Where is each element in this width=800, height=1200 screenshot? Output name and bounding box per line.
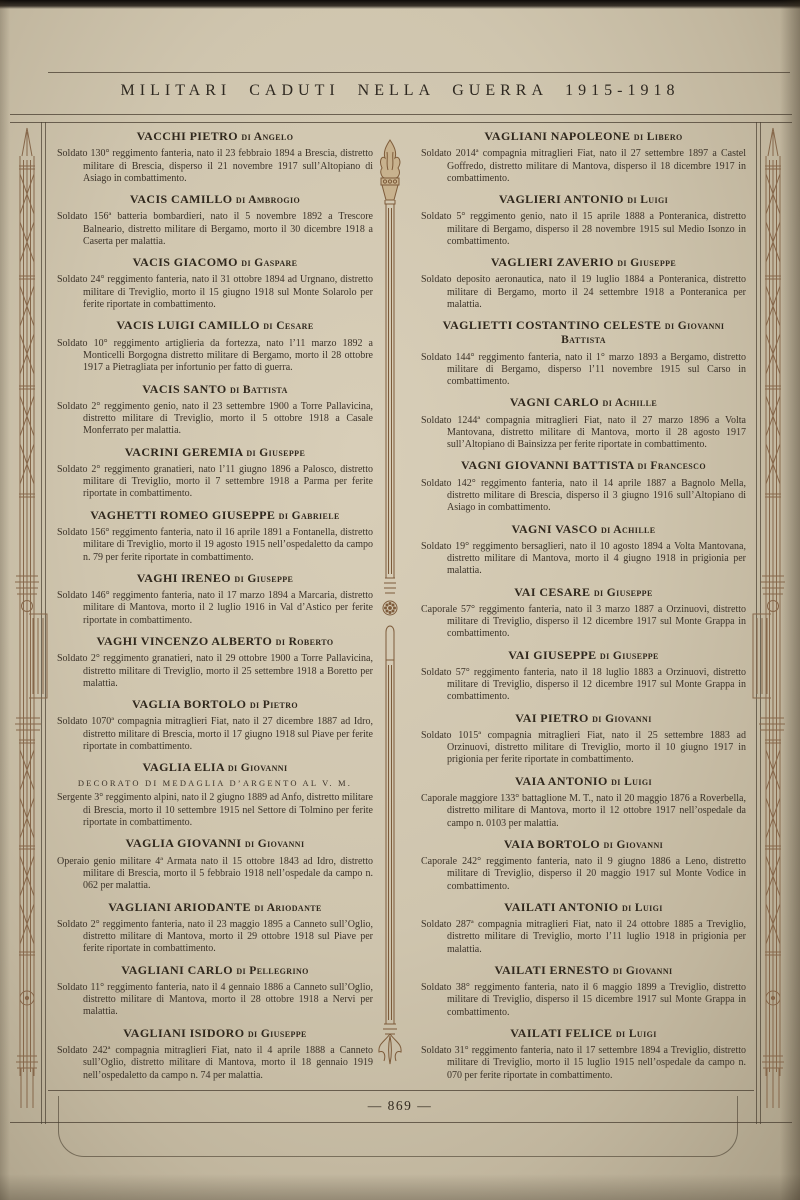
- soldier-name-heading: VAGLIERI ZAVERIO di Giuseppe: [421, 256, 746, 270]
- soldier-name-heading: VACIS GIACOMO di Gaspare: [57, 256, 373, 270]
- soldier-father-name: di Giuseppe: [246, 447, 305, 459]
- horizontal-rule: [48, 72, 790, 73]
- soldier-record: Soldato 10° reggimento artiglieria da fo…: [57, 338, 373, 375]
- soldier-name-heading: VAGLIANI ARIODANTE di Ariodante: [57, 901, 373, 915]
- soldier-father-name: di Giuseppe: [600, 650, 659, 662]
- soldier-father-name: di Achille: [603, 397, 658, 409]
- soldier-record: Caporale maggiore 133° battaglione M. T.…: [421, 793, 746, 830]
- soldier-name: VAI PIETRO: [515, 711, 588, 725]
- soldier-record: Soldato 11° reggimento fanteria, nato il…: [57, 982, 373, 1019]
- soldier-name-heading: VAGNI VASCO di Achille: [421, 523, 746, 537]
- soldier-entry: VACIS LUIGI CAMILLO di Cesare Soldato 10…: [57, 319, 373, 374]
- soldier-record: Soldato 156ª batteria bombardieri, nato …: [57, 211, 373, 248]
- soldier-name: VAI CESARE: [514, 585, 590, 599]
- soldier-record: Soldato 142° reggimento fanteria, nato i…: [421, 478, 746, 515]
- soldier-name-heading: VACIS SANTO di Battista: [57, 383, 373, 397]
- soldier-father-name: di Giovanni: [592, 713, 652, 725]
- soldier-record: Soldato 1070ª compagnia mitraglieri Fiat…: [57, 716, 373, 753]
- soldier-name-heading: VAGLIERI ANTONIO di Luigi: [421, 193, 746, 207]
- page-shadow-right: [780, 0, 800, 1200]
- soldier-name-heading: VAGHI IRENEO di Giuseppe: [57, 572, 373, 586]
- soldier-name: VACIS SANTO: [142, 382, 226, 396]
- soldier-name: VAGHI VINCENZO ALBERTO: [96, 634, 272, 648]
- soldier-name-heading: VAGLIANI CARLO di Pellegrino: [57, 964, 373, 978]
- soldier-record: Soldato 24° reggimento fanteria, nato il…: [57, 274, 373, 311]
- torch-icon: [376, 138, 404, 1086]
- soldier-name: VACCHI PIETRO: [137, 129, 238, 143]
- soldier-entry: VAIA BORTOLO di Giovanni Caporale 242° r…: [421, 838, 746, 893]
- page-shadow-bottom: [0, 1174, 800, 1200]
- horizontal-rule: [10, 122, 792, 123]
- soldier-father-name: di Angelo: [241, 131, 293, 143]
- soldier-record: Caporale 242° reggimento fanteria, nato …: [421, 856, 746, 893]
- soldier-father-name: di Luigi: [627, 194, 668, 206]
- soldier-name: VACIS LUIGI CAMILLO: [116, 318, 259, 332]
- soldier-father-name: di Ariodante: [254, 902, 321, 914]
- soldier-entry: VAGLIETTI COSTANTINO CELESTE di Giovanni…: [421, 319, 746, 388]
- horizontal-rule: [10, 114, 792, 115]
- soldier-entry: VACCHI PIETRO di Angelo Soldato 130° reg…: [57, 130, 373, 185]
- soldier-record: Soldato 146° reggimento fanteria, nato i…: [57, 590, 373, 627]
- soldier-name-heading: VAGNI GIOVANNI BATTISTA di Francesco: [421, 459, 746, 473]
- soldier-entry: VAGLIA BORTOLO di Pietro Soldato 1070ª c…: [57, 698, 373, 753]
- soldier-father-name: di Cesare: [263, 320, 313, 332]
- soldier-entry: VAILATI FELICE di Luigi Soldato 31° regg…: [421, 1027, 746, 1082]
- soldier-record: Operaio genio militare 4ª Armata nato il…: [57, 856, 373, 893]
- soldier-father-name: di Pietro: [250, 699, 298, 711]
- soldier-entry: VAGNI GIOVANNI BATTISTA di Francesco Sol…: [421, 459, 746, 514]
- soldier-record: Sergente 3° reggimento alpini, nato il 2…: [57, 792, 373, 829]
- soldier-entry: VAI CESARE di Giuseppe Caporale 57° regg…: [421, 586, 746, 641]
- soldier-entry: VAGLIANI ARIODANTE di Ariodante Soldato …: [57, 901, 373, 956]
- soldier-record: Soldato 19° reggimento bersaglieri, nato…: [421, 541, 746, 578]
- page-shadow-left: [0, 0, 10, 1200]
- soldier-record: Soldato 2014ª compagnia mitraglieri Fiat…: [421, 148, 746, 185]
- soldier-name: VAGNI CARLO: [510, 395, 599, 409]
- soldier-record: Soldato 57° reggimento fanteria, nato il…: [421, 667, 746, 704]
- soldier-name: VAGLIERI ZAVERIO: [491, 255, 614, 269]
- soldier-entry: VAGHETTI ROMEO GIUSEPPE di Gabriele Sold…: [57, 509, 373, 564]
- soldier-name: VAILATI FELICE: [510, 1026, 612, 1040]
- soldier-name-heading: VACIS CAMILLO di Ambrogio: [57, 193, 373, 207]
- soldier-name: VAILATI ANTONIO: [504, 900, 618, 914]
- soldier-name: VAGLIANI CARLO: [121, 963, 233, 977]
- soldier-entry: VACRINI GEREMIA di Giuseppe Soldato 2° r…: [57, 446, 373, 501]
- soldier-father-name: di Roberto: [276, 636, 334, 648]
- soldier-record: Soldato 130° reggimento fanteria, nato i…: [57, 148, 373, 185]
- soldier-entry: VAILATI ANTONIO di Luigi Soldato 287ª co…: [421, 901, 746, 956]
- soldier-entry: VAGLIA GIOVANNI di Giovanni Operaio geni…: [57, 837, 373, 892]
- soldier-entry: VAGHI IRENEO di Giuseppe Soldato 146° re…: [57, 572, 373, 627]
- soldier-entry: VAGNI VASCO di Achille Soldato 19° reggi…: [421, 523, 746, 578]
- soldier-name-heading: VAGLIA ELIA di Giovanni: [57, 761, 373, 775]
- soldier-entry: VACIS GIACOMO di Gaspare Soldato 24° reg…: [57, 256, 373, 311]
- scanned-book-page: MILITARI CADUTI NELLA GUERRA 1915-1918: [0, 0, 800, 1200]
- soldier-name-heading: VAGHETTI ROMEO GIUSEPPE di Gabriele: [57, 509, 373, 523]
- soldier-name-heading: VAILATI FELICE di Luigi: [421, 1027, 746, 1041]
- soldier-father-name: di Francesco: [637, 460, 706, 472]
- soldier-name: VAGLIANI ARIODANTE: [108, 900, 251, 914]
- soldier-record: Soldato 2° reggimento granatieri, nato i…: [57, 653, 373, 690]
- soldier-entry: VAILATI ERNESTO di Giovanni Soldato 38° …: [421, 964, 746, 1019]
- soldier-name-heading: VAGLIANI NAPOLEONE di Libero: [421, 130, 746, 144]
- soldier-entry: VACIS CAMILLO di Ambrogio Soldato 156ª b…: [57, 193, 373, 248]
- soldier-name-heading: VACCHI PIETRO di Angelo: [57, 130, 373, 144]
- scan-edge-shadow: [0, 0, 800, 9]
- soldier-father-name: di Giuseppe: [234, 573, 293, 585]
- page-title: MILITARI CADUTI NELLA GUERRA 1915-1918: [0, 82, 800, 100]
- soldier-name: VAGNI VASCO: [511, 522, 597, 536]
- soldier-record: Soldato 5° reggimento genio, nato il 15 …: [421, 211, 746, 248]
- soldier-name-heading: VAGLIANI ISIDORO di Giuseppe: [57, 1027, 373, 1041]
- soldier-name-heading: VAI GIUSEPPE di Giuseppe: [421, 649, 746, 663]
- soldier-father-name: di Giovanni: [604, 839, 664, 851]
- soldier-name-heading: VACIS LUIGI CAMILLO di Cesare: [57, 319, 373, 333]
- soldier-name-heading: VACRINI GEREMIA di Giuseppe: [57, 446, 373, 460]
- soldier-entry: VAGLIA ELIA di Giovanni DECORATO DI MEDA…: [57, 761, 373, 829]
- soldier-name: VAIA BORTOLO: [504, 837, 600, 851]
- soldier-father-name: di Libero: [634, 131, 683, 143]
- soldier-name-heading: VAIA ANTONIO di Luigi: [421, 775, 746, 789]
- soldier-father-name: di Pellegrino: [236, 965, 308, 977]
- soldier-entry: VAGNI CARLO di Achille Soldato 1244ª com…: [421, 396, 746, 451]
- soldier-name: VAGHETTI ROMEO GIUSEPPE: [90, 508, 275, 522]
- soldier-father-name: di Giovanni: [245, 838, 305, 850]
- soldier-record: Soldato 31° reggimento fanteria, nato il…: [421, 1045, 746, 1082]
- soldier-name: VAI GIUSEPPE: [508, 648, 596, 662]
- soldier-name: VAGLIA ELIA: [143, 760, 225, 774]
- soldier-entry: VAGLIERI ANTONIO di Luigi Soldato 5° reg…: [421, 193, 746, 248]
- frame-rule-left: [41, 122, 46, 1124]
- soldier-record: Soldato 2° reggimento fanteria, nato il …: [57, 919, 373, 956]
- soldier-father-name: di Luigi: [622, 902, 663, 914]
- soldier-father-name: di Giuseppe: [617, 257, 676, 269]
- soldier-name: VACIS GIACOMO: [133, 255, 238, 269]
- soldier-name: VAGLIETTI COSTANTINO CELESTE: [443, 318, 662, 332]
- soldier-father-name: di Battista: [230, 384, 288, 396]
- soldier-name-heading: VAGLIETTI COSTANTINO CELESTE di Giovanni…: [421, 319, 746, 347]
- soldier-entry: VAGLIANI NAPOLEONE di Libero Soldato 201…: [421, 130, 746, 185]
- soldier-father-name: di Gabriele: [279, 510, 340, 522]
- soldier-name: VAGHI IRENEO: [137, 571, 231, 585]
- soldier-record: Soldato 2° reggimento granatieri, nato l…: [57, 464, 373, 501]
- soldier-name: VAGLIA BORTOLO: [132, 697, 246, 711]
- soldier-name: VAGLIANI ISIDORO: [123, 1026, 244, 1040]
- soldier-entry: VAGHI VINCENZO ALBERTO di Roberto Soldat…: [57, 635, 373, 690]
- soldier-entry: VAIA ANTONIO di Luigi Caporale maggiore …: [421, 775, 746, 830]
- left-column: VACCHI PIETRO di Angelo Soldato 130° reg…: [57, 130, 373, 1082]
- soldier-father-name: di Luigi: [611, 776, 652, 788]
- soldier-record: Soldato deposito aeronautica, nato il 19…: [421, 274, 746, 311]
- soldier-father-name: di Giovanni: [228, 762, 288, 774]
- frame-rule-right: [756, 122, 761, 1124]
- soldier-name: VAGLIERI ANTONIO: [499, 192, 624, 206]
- soldier-name-heading: VAI PIETRO di Giovanni: [421, 712, 746, 726]
- page-number: — 869 —: [0, 1098, 800, 1114]
- soldier-father-name: di Giuseppe: [248, 1028, 307, 1040]
- soldier-entry: VAI PIETRO di Giovanni Soldato 1015ª com…: [421, 712, 746, 767]
- soldier-entry: VACIS SANTO di Battista Soldato 2° reggi…: [57, 383, 373, 438]
- soldier-name: VACIS CAMILLO: [130, 192, 233, 206]
- soldier-entry: VAGLIERI ZAVERIO di Giuseppe Soldato dep…: [421, 256, 746, 311]
- soldier-record: Caporale 57° reggimento fanteria, nato i…: [421, 604, 746, 641]
- soldier-father-name: di Luigi: [616, 1028, 657, 1040]
- soldier-entry: VAGLIANI CARLO di Pellegrino Soldato 11°…: [57, 964, 373, 1019]
- soldier-name: VAIA ANTONIO: [515, 774, 608, 788]
- soldier-name-heading: VAILATI ERNESTO di Giovanni: [421, 964, 746, 978]
- soldier-name: VAILATI ERNESTO: [494, 963, 609, 977]
- soldier-name: VACRINI GEREMIA: [125, 445, 243, 459]
- soldier-record: Soldato 1015ª compagnia mitraglieri Fiat…: [421, 730, 746, 767]
- soldier-name: VAGNI GIOVANNI BATTISTA: [461, 458, 634, 472]
- soldier-record: Soldato 156° reggimento fanteria, nato i…: [57, 527, 373, 564]
- soldier-name-heading: VAGLIA GIOVANNI di Giovanni: [57, 837, 373, 851]
- horizontal-rule: [48, 1090, 754, 1091]
- right-column: VAGLIANI NAPOLEONE di Libero Soldato 201…: [421, 130, 746, 1082]
- soldier-father-name: di Ambrogio: [236, 194, 300, 206]
- soldier-name-heading: VAGNI CARLO di Achille: [421, 396, 746, 410]
- soldier-father-name: di Giuseppe: [594, 587, 653, 599]
- soldier-record: Soldato 287ª compagnia mitraglieri Fiat,…: [421, 919, 746, 956]
- soldier-name: VAGLIANI NAPOLEONE: [484, 129, 630, 143]
- soldier-entry: VAI GIUSEPPE di Giuseppe Soldato 57° reg…: [421, 649, 746, 704]
- soldier-father-name: di Gaspare: [241, 257, 297, 269]
- horizontal-rule: [10, 1122, 792, 1123]
- honor-annotation: DECORATO DI MEDAGLIA D’ARGENTO AL V. M.: [57, 778, 373, 788]
- soldier-entry: VAGLIANI ISIDORO di Giuseppe Soldato 242…: [57, 1027, 373, 1082]
- soldier-name-heading: VAILATI ANTONIO di Luigi: [421, 901, 746, 915]
- soldier-record: Soldato 2° reggimento genio, nato il 23 …: [57, 401, 373, 438]
- soldier-name-heading: VAGHI VINCENZO ALBERTO di Roberto: [57, 635, 373, 649]
- soldier-father-name: di Achille: [601, 524, 656, 536]
- soldier-name-heading: VAIA BORTOLO di Giovanni: [421, 838, 746, 852]
- soldier-record: Soldato 144° reggimento fanteria, nato i…: [421, 352, 746, 389]
- soldier-record: Soldato 1244ª compagnia mitraglieri Fiat…: [421, 415, 746, 452]
- soldier-record: Soldato 38° reggimento fanteria, nato il…: [421, 982, 746, 1019]
- soldier-name-heading: VAI CESARE di Giuseppe: [421, 586, 746, 600]
- soldier-father-name: di Giovanni: [613, 965, 673, 977]
- soldier-record: Soldato 242ª compagnia mitraglieri Fiat,…: [57, 1045, 373, 1082]
- soldier-name: VAGLIA GIOVANNI: [126, 836, 242, 850]
- soldier-name-heading: VAGLIA BORTOLO di Pietro: [57, 698, 373, 712]
